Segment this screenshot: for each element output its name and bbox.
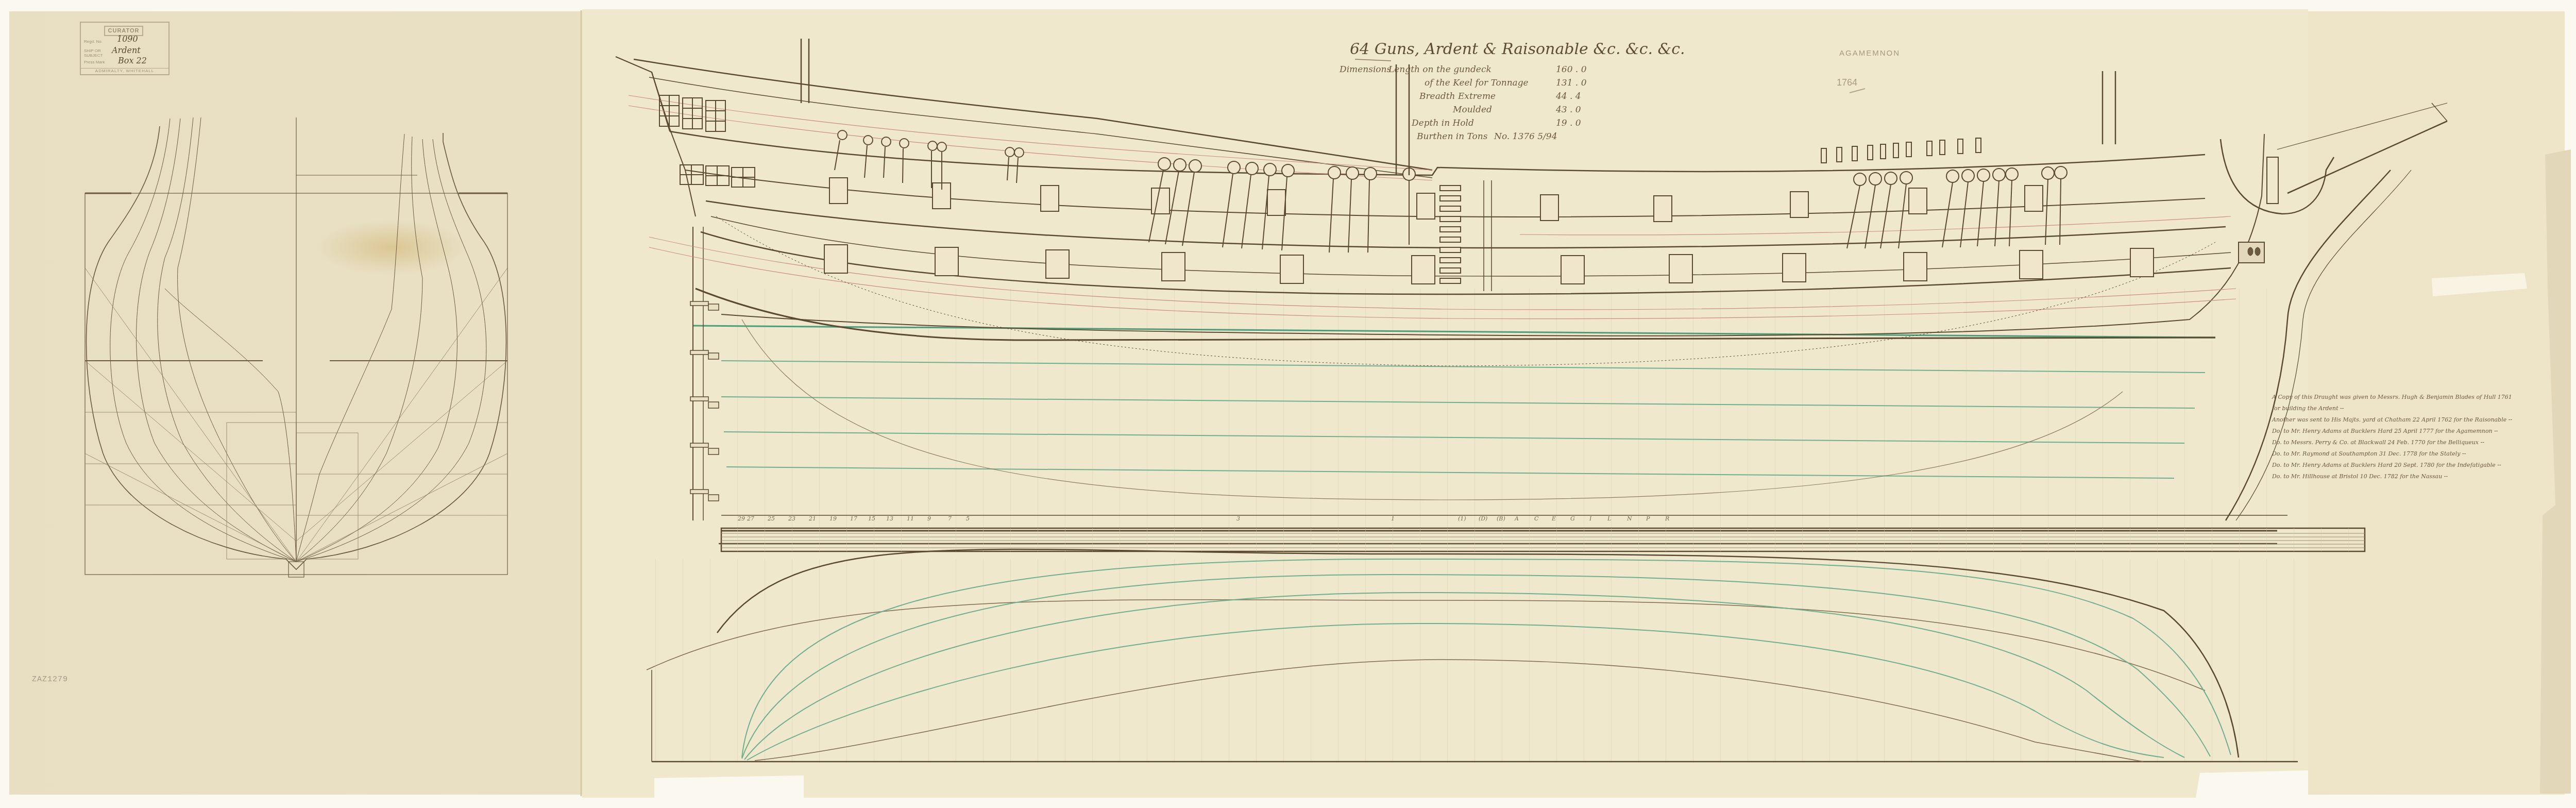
station-label: 7	[948, 515, 952, 522]
station-label: 15	[868, 515, 875, 522]
station-label: N	[1627, 515, 1632, 522]
curator-stamp: CURATOR Regd. No. 1090 SHIP OR SUBJECT A…	[80, 22, 170, 75]
station-label: 25	[768, 515, 775, 522]
station-label: (B)	[1497, 515, 1505, 522]
station-label: 1	[1391, 515, 1395, 522]
station-label: A	[1515, 515, 1519, 522]
ship-value: Ardent	[112, 45, 141, 55]
dim-value-1: 131 . 0	[1556, 78, 1586, 88]
regd-no-value: 1090	[117, 34, 138, 44]
note-line: Do. to Mr. Raymond at Southampton 31 Dec…	[2272, 448, 2512, 460]
dim-label-1: of the Keel for Tonnage	[1425, 78, 1529, 88]
regd-no-label: Regd. No.	[84, 39, 103, 44]
station-label: 3	[1236, 515, 1240, 522]
draught-copy-notes: A Copy of this Draught was given to Mess…	[2272, 392, 2512, 482]
station-label: 17	[850, 515, 857, 522]
drawing-canvas	[0, 0, 2576, 808]
drawing-title: 64 Guns, Ardent & Raisonable &c. &c. &c.	[1350, 40, 1685, 58]
note-line: Another was sent to His Majts. yard at C…	[2272, 414, 2512, 426]
station-label: 19	[829, 515, 837, 522]
dim-label-3: Moulded	[1453, 105, 1492, 115]
dim-label-0: Length on the gundeck	[1388, 64, 1492, 75]
dim-value-5: No. 1376 5/94	[1494, 131, 1557, 142]
dim-label-4: Depth in Hold	[1412, 118, 1474, 128]
station-label: L	[1607, 515, 1611, 522]
station-label: 13	[886, 515, 893, 522]
station-label: G	[1570, 515, 1575, 522]
note-line: for building the Ardent --	[2272, 403, 2512, 414]
dimensions-heading: Dimensions	[1340, 64, 1391, 75]
dim-label-2: Breadth Extreme	[1419, 91, 1496, 102]
dim-value-0: 160 . 0	[1556, 64, 1586, 75]
press-mark-value: Box 22	[118, 56, 147, 65]
stamp-footer: ADMIRALTY, WHITEHALL	[81, 68, 168, 73]
station-label: C	[1534, 515, 1538, 522]
station-label: P	[1646, 515, 1650, 522]
note-line: Do. to Messrs. Perry & Co. at Blackwall …	[2272, 437, 2512, 448]
scale-bar	[719, 528, 2365, 551]
pencil-ship-name: AGAMEMNON	[1839, 49, 1900, 58]
station-label: 21	[809, 515, 816, 522]
station-label: 11	[907, 515, 914, 522]
station-label: 23	[788, 515, 795, 522]
dim-value-2: 44 . 4	[1556, 91, 1581, 102]
note-line: Do. to Mr. Henry Adams at Bucklers Hard …	[2272, 460, 2512, 471]
catalogue-number: ZAZ1279	[32, 675, 68, 684]
pencil-year: 1764	[1837, 77, 1857, 88]
station-label: (D)	[1479, 515, 1487, 522]
dim-value-4: 19 . 0	[1556, 118, 1581, 128]
station-label: (1)	[1458, 515, 1466, 522]
dim-label-5: Burthen in Tons	[1417, 131, 1487, 142]
station-label: 29	[738, 515, 745, 522]
station-label: R	[1665, 515, 1669, 522]
station-label: 27	[747, 515, 754, 522]
station-label: 9	[927, 515, 931, 522]
station-label: 5	[966, 515, 970, 522]
station-label: E	[1552, 515, 1556, 522]
note-line: Do. to Mr. Henry Adams at Bucklers Hard …	[2272, 426, 2512, 437]
ship-draught-sheet: CURATOR Regd. No. 1090 SHIP OR SUBJECT A…	[0, 0, 2576, 808]
half-breadth-plan	[647, 549, 2300, 763]
ship-label: SHIP OR SUBJECT	[84, 48, 105, 58]
dim-value-3: 43 . 0	[1556, 105, 1581, 115]
note-line: Do. to Mr. Hillhouse at Bristol 10 Dec. …	[2272, 471, 2512, 482]
press-mark-label: Press Mark	[84, 60, 105, 64]
station-label: I	[1589, 515, 1591, 522]
note-line: A Copy of this Draught was given to Mess…	[2272, 392, 2512, 403]
